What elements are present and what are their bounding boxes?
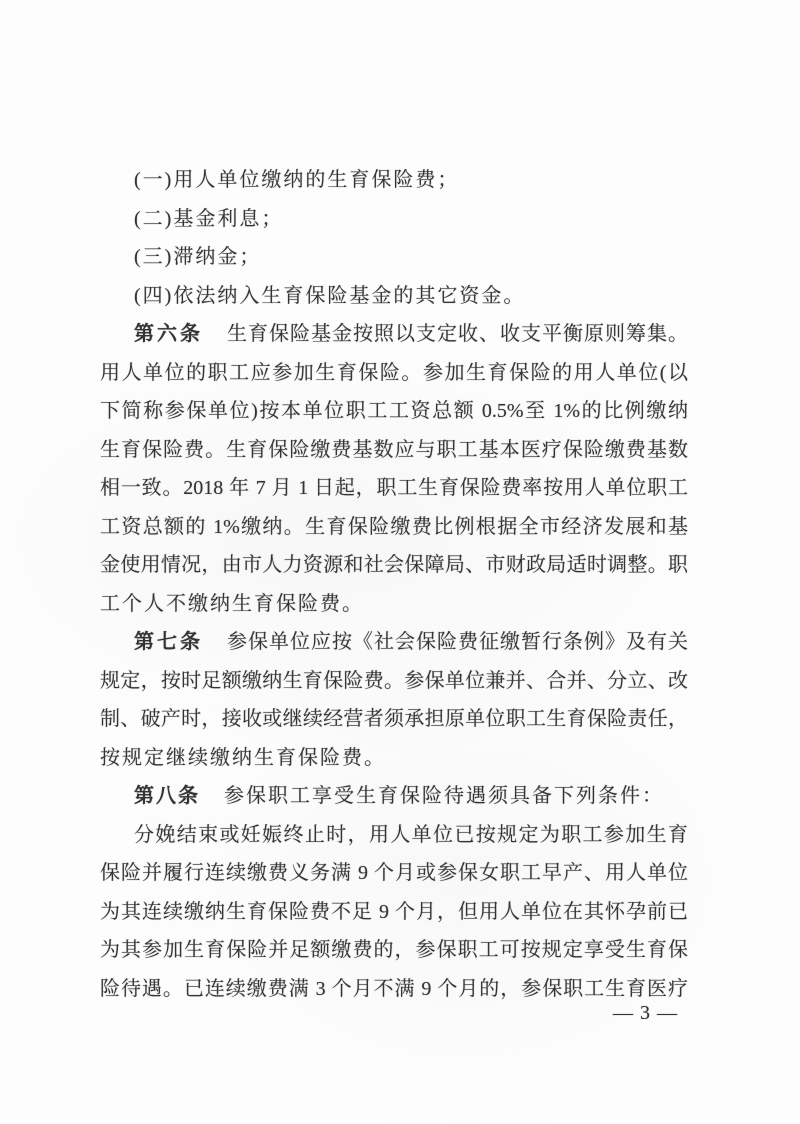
content-area: (一)用人单位缴纳的生育保险费；(二)基金利息；(三)滞纳金；(四)依法纳入生育…	[100, 161, 688, 1008]
line-text: 为其连续缴纳生育保险费不足 9 个月，但用人单位在其怀孕前已	[100, 901, 688, 923]
line-text: 工资总额的 1%缴纳。生育保险缴费比例根据全市经济发展和基	[100, 516, 688, 538]
article-number: 第七条	[134, 631, 203, 653]
text-line: 分娩结束或妊娠终止时，用人单位已按规定为职工参加生育	[100, 816, 688, 855]
line-text: (三)滞纳金；	[134, 246, 261, 268]
text-line: 按规定继续缴纳生育保险费。	[100, 739, 688, 778]
article-heading-line: 第七条参保单位应按《社会保险费征缴暂行条例》及有关	[100, 623, 688, 662]
text-line: 保险并履行连续缴费义务满 9 个月或参保女职工早产、用人单位	[100, 854, 688, 893]
text-line: 工个人不缴纳生育保险费。	[100, 585, 688, 624]
text-line: (四)依法纳入生育保险基金的其它资金。	[100, 277, 688, 316]
line-text: 生育保险基金按照以支定收、收支平衡原则筹集。	[227, 323, 688, 345]
text-line: 险待遇。已连续缴费满 3 个月不满 9 个月的，参保职工生育医疗	[100, 970, 688, 1009]
page-number: — 3 —	[613, 1000, 678, 1026]
line-text: 参保单位应按《社会保险费征缴暂行条例》及有关	[227, 631, 688, 653]
line-text: (一)用人单位缴纳的生育保险费；	[134, 169, 459, 191]
line-text: 参保职工享受生育保险待遇须具备下列条件：	[224, 785, 664, 807]
line-text: 制、破产时，接收或继续经营者须承担原单位职工生育保险责任，	[100, 708, 688, 730]
text-line: 为其连续缴纳生育保险费不足 9 个月，但用人单位在其怀孕前已	[100, 893, 688, 932]
line-text: 保险并履行连续缴费义务满 9 个月或参保女职工早产、用人单位	[100, 862, 688, 884]
text-line: (一)用人单位缴纳的生育保险费；	[100, 161, 688, 200]
text-line: (二)基金利息；	[100, 200, 688, 239]
line-text: 险待遇。已连续缴费满 3 个月不满 9 个月的，参保职工生育医疗	[100, 978, 688, 1000]
line-text: 生育保险费。生育保险缴费基数应与职工基本医疗保险缴费基数	[100, 439, 688, 461]
line-text: 金使用情况，由市人力资源和社会保障局、市财政局适时调整。职	[100, 554, 688, 576]
text-line: 生育保险费。生育保险缴费基数应与职工基本医疗保险缴费基数	[100, 431, 688, 470]
line-text: (二)基金利息；	[134, 208, 283, 230]
document-page: (一)用人单位缴纳的生育保险费；(二)基金利息；(三)滞纳金；(四)依法纳入生育…	[0, 0, 800, 1124]
line-text: 相一致。2018 年 7 月 1 日起，职工生育保险费率按用人单位职工	[100, 477, 688, 499]
text-line: 规定，按时足额缴纳生育保险费。参保单位兼并、合并、分立、改	[100, 662, 688, 701]
text-line: 为其参加生育保险并足额缴费的，参保职工可按规定享受生育保	[100, 931, 688, 970]
article-heading-line: 第八条参保职工享受生育保险待遇须具备下列条件：	[100, 777, 688, 816]
line-text: 下简称参保单位)按本单位职工工资总额 0.5%至 1%的比例缴纳	[100, 400, 688, 422]
line-text: 按规定继续缴纳生育保险费。	[100, 747, 386, 769]
text-line: 下简称参保单位)按本单位职工工资总额 0.5%至 1%的比例缴纳	[100, 392, 688, 431]
text-line: 相一致。2018 年 7 月 1 日起，职工生育保险费率按用人单位职工	[100, 469, 688, 508]
text-line: 工资总额的 1%缴纳。生育保险缴费比例根据全市经济发展和基	[100, 508, 688, 547]
line-text: (四)依法纳入生育保险基金的其它资金。	[134, 285, 525, 307]
line-text: 为其参加生育保险并足额缴费的，参保职工可按规定享受生育保	[100, 939, 688, 961]
text-line: (三)滞纳金；	[100, 238, 688, 277]
article-number: 第六条	[134, 323, 203, 345]
text-line: 金使用情况，由市人力资源和社会保障局、市财政局适时调整。职	[100, 546, 688, 585]
line-text: 分娩结束或妊娠终止时，用人单位已按规定为职工参加生育	[134, 824, 688, 846]
line-text: 用人单位的职工应参加生育保险。参加生育保险的用人单位(以	[100, 362, 688, 384]
line-text: 工个人不缴纳生育保险费。	[100, 593, 364, 615]
text-line: 用人单位的职工应参加生育保险。参加生育保险的用人单位(以	[100, 354, 688, 393]
line-text: 规定，按时足额缴纳生育保险费。参保单位兼并、合并、分立、改	[100, 670, 688, 692]
article-number: 第八条	[134, 785, 200, 807]
article-heading-line: 第六条生育保险基金按照以支定收、收支平衡原则筹集。	[100, 315, 688, 354]
text-line: 制、破产时，接收或继续经营者须承担原单位职工生育保险责任，	[100, 700, 688, 739]
